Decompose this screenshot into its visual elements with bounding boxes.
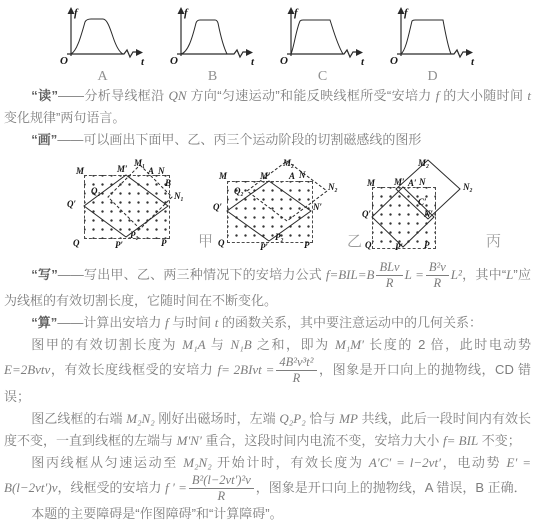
jia-text: 长度的 2 倍，此时电动势	[364, 337, 531, 352]
label-A-prime: A′	[408, 179, 417, 188]
yi-text: 图乙线框的右端	[31, 411, 126, 426]
bing-text: 图丙线框从匀速运动至	[31, 455, 183, 470]
diagram-bing-cell: M₂ N₂ M M′ A′ N C′ N′ Q′ Q P′ P 丙	[362, 159, 501, 259]
math-expr: N₁B	[231, 337, 252, 352]
paragraph-summary: 本题的主要障碍是“作图障碍”和“计算障碍”。	[4, 503, 531, 525]
paragraph-calc: “算”——计算出安培力 f 与时间 t 的函数关系，其中要注意运动中的几何关系：	[4, 312, 531, 334]
math-var: t	[527, 88, 531, 103]
t-axis-arrow-icon	[136, 49, 143, 56]
graph-b-svg: f t O	[167, 4, 259, 68]
origin-label: O	[170, 55, 178, 67]
diagram-jia-caption: 甲	[198, 230, 213, 251]
y-axis-label: f	[74, 7, 79, 19]
graph-option-a: f t O A	[54, 4, 152, 85]
fraction-numerator: 4B²v³t²	[276, 356, 316, 371]
label-A: A	[148, 167, 154, 176]
label-P-prime: P′	[395, 243, 403, 252]
t-axis	[287, 50, 357, 57]
read-text: ——分析导线框沿	[58, 88, 168, 103]
write-heading: “写”	[31, 267, 57, 282]
origin-label: O	[390, 55, 398, 67]
label-N2: N₂	[463, 183, 473, 192]
t-axis-arrow-icon	[246, 49, 253, 56]
label-M2: M₂	[418, 159, 429, 168]
read-text: 方向“匀速运动”和能反映线框所受“安培力	[187, 88, 436, 103]
label-N2: N₂	[328, 183, 338, 192]
x-axis-label: t	[141, 56, 145, 68]
label-P: P	[161, 239, 167, 248]
diagram-bing-caption: 丙	[486, 230, 501, 251]
yi-text: 重合，这段时间内电流不变，安培力大小	[202, 433, 443, 448]
label-M2: M₂	[283, 159, 294, 168]
label-N-prime: N′	[424, 210, 433, 219]
graphs-row: f t O A f t O B	[4, 0, 531, 85]
label-P-prime: P′	[115, 241, 123, 250]
f-t-curve	[401, 20, 451, 54]
label-N: N	[299, 171, 306, 180]
math-expr: E=2Bvtv	[4, 362, 50, 377]
jia-text: ，有效长度线框受的安培力	[50, 362, 217, 377]
diagram-bing: M₂ N₂ M M′ A′ N C′ N′ Q′ Q P′ P	[362, 159, 480, 259]
yi-text: 不变；	[478, 433, 521, 448]
f-t-curve	[71, 19, 123, 54]
t-axis-arrow-icon	[466, 49, 473, 56]
read-text: 变化规律”两句语言。	[4, 110, 125, 125]
t-axis-arrow-icon	[356, 49, 363, 56]
diagram-yi: M₂ M M′ A N N₂ N′ Q₂ Q′ Q P′ P₂ P	[213, 159, 341, 259]
jia-text: 之和，即为	[252, 337, 335, 352]
graph-d-caption: D	[384, 69, 482, 85]
calc-text: ——计算出安培力	[57, 315, 165, 330]
yi-text: 刚好出磁场时，左端	[155, 411, 280, 426]
label-M-prime: M′	[394, 178, 405, 187]
label-N-prime: N′	[313, 203, 322, 212]
math-expr: L =	[405, 267, 424, 282]
y-axis-label: f	[184, 7, 189, 19]
yi-text: 恰与	[306, 411, 339, 426]
label-M: M	[367, 179, 375, 188]
origin-label: O	[60, 55, 68, 67]
fraction-denominator: R	[189, 489, 254, 503]
label-P: P	[424, 241, 430, 250]
math-expr: f=BIL=B	[326, 267, 375, 282]
jia-text: 图甲的有效切割长度为	[31, 337, 182, 352]
label-Q-prime: Q′	[67, 200, 76, 209]
label-Q2: Q₂	[234, 187, 244, 196]
label-M-prime: M′	[260, 172, 271, 181]
fraction-numerator: BLv	[376, 261, 402, 276]
label-P: P	[304, 241, 310, 250]
t-axis	[67, 50, 137, 57]
label-Q-prime: Q′	[213, 203, 222, 212]
t-axis	[177, 50, 247, 57]
f-t-curve	[181, 20, 227, 54]
graph-option-c: f t O C	[274, 4, 372, 85]
label-C-prime: C′	[418, 198, 427, 207]
label-A: A	[289, 172, 295, 181]
paragraph-draw: “画”——可以画出下面甲、乙、丙三个运动阶段的切割磁感线的图形	[4, 129, 531, 151]
write-text: ，其中“	[462, 267, 506, 282]
label-N: N	[158, 167, 165, 176]
label-P2: P₂	[275, 233, 284, 242]
math-var: QN	[169, 88, 187, 103]
summary-text: 本题的主要障碍是“作图障碍”和“计算障碍”。	[31, 506, 282, 521]
paragraph-read: “读”——分析导线框沿 QN 方向“匀速运动”和能反映线框所受“安培力 f 的大…	[4, 85, 531, 129]
fraction-denominator: R	[376, 276, 402, 290]
document-page: f t O A f t O B	[0, 0, 536, 527]
write-text: ——写出甲、乙、两三种情况下的安培力公式	[58, 267, 326, 282]
label-N1: N₁	[174, 192, 184, 201]
label-M: M	[76, 167, 84, 176]
fraction: BLvR	[376, 261, 402, 290]
calc-heading: “算”	[31, 315, 57, 330]
wire-frame-shifted	[247, 161, 327, 221]
math-expr: M′N′	[177, 433, 202, 448]
bing-text: ，电动势	[441, 455, 507, 470]
y-axis-label: f	[404, 7, 409, 19]
diagram-jia: M M′ M₁ A N B N₁ Q₁ Q′ Q P′ P₁ P	[64, 159, 192, 259]
jia-text: 与	[206, 337, 231, 352]
label-Q: Q	[365, 241, 372, 250]
paragraph-fig-yi: 图乙线框的右端 M₂N₂ 刚好出磁场时，左端 Q₂P₂ 恰与 MP 共线，此后一…	[4, 408, 531, 452]
graph-c-svg: f t O	[277, 4, 369, 68]
graph-a-caption: A	[54, 69, 152, 85]
draw-text: ——可以画出下面甲、乙、丙三个运动阶段的切割磁感线的图形	[57, 132, 421, 147]
label-Q: Q	[218, 239, 225, 248]
paragraph-write: “写”——写出甲、乙、两三种情况下的安培力公式 f=BIL=BBLvRL =B²…	[4, 261, 531, 312]
math-expr: A′C′ = l−2vt′	[369, 455, 441, 470]
math-expr: f ′ =	[165, 480, 187, 495]
label-Q1: Q₁	[91, 187, 101, 196]
label-P-prime: P′	[260, 243, 268, 252]
diagrams-row: M M′ M₁ A N B N₁ Q₁ Q′ Q P′ P₁ P 甲	[4, 151, 531, 261]
label-P1: P₁	[130, 231, 139, 240]
fraction-numerator: B²v	[426, 261, 449, 276]
graph-d-svg: f t O	[387, 4, 479, 68]
label-N: N	[419, 178, 426, 187]
t-axis	[397, 50, 467, 57]
math-expr: M₂N₂	[183, 455, 212, 470]
wire-frame-initial	[84, 175, 168, 237]
paragraph-fig-jia: 图甲的有效切割长度为 M₁A 与 N₁B 之和，即为 M₁M′ 长度的 2 倍，…	[4, 334, 531, 407]
fraction-denominator: R	[426, 276, 449, 290]
math-expr: f= BIL	[443, 433, 478, 448]
math-expr: L²	[451, 267, 462, 282]
bing-text: 开始计时，有效长度为	[212, 455, 369, 470]
diagram-yi-caption: 乙	[347, 230, 362, 251]
fraction: B²vR	[426, 261, 449, 290]
origin-label: O	[280, 55, 288, 67]
math-expr: f= 2BIvt =	[217, 362, 274, 377]
y-axis-label: f	[294, 7, 299, 19]
graph-option-b: f t O B	[164, 4, 262, 85]
label-M-prime: M′	[117, 165, 128, 174]
label-Q-prime: Q′	[362, 210, 371, 219]
math-expr: Q₂P₂	[279, 411, 305, 426]
bing-text: ，线框受的安培力	[57, 480, 165, 495]
x-axis-label: t	[471, 56, 475, 68]
graph-c-caption: C	[274, 69, 372, 85]
fraction-numerator: B²(l−2vt′)²v	[189, 474, 254, 489]
draw-heading: “画”	[31, 132, 57, 147]
label-M1: M₁	[134, 159, 145, 168]
paragraph-fig-bing: 图丙线框从匀速运动至 M₂N₂ 开始计时，有效长度为 A′C′ = l−2vt′…	[4, 452, 531, 503]
fraction: 4B²v³t²R	[276, 356, 316, 385]
label-B: B	[165, 179, 171, 188]
diagram-bing-svg	[362, 159, 480, 259]
fraction-denominator: R	[276, 371, 316, 385]
label-Q: Q	[73, 239, 80, 248]
read-heading: “读”	[31, 88, 58, 103]
diagram-jia-cell: M M′ M₁ A N B N₁ Q₁ Q′ Q P′ P₁ P 甲	[64, 159, 213, 259]
graph-b-caption: B	[164, 69, 262, 85]
math-expr: M₂N₂	[126, 411, 155, 426]
calc-text: 与时间	[169, 315, 215, 330]
label-M: M	[219, 172, 227, 181]
graph-option-d: f t O D	[384, 4, 482, 85]
x-axis-label: t	[361, 56, 365, 68]
graph-a-svg: f t O	[57, 4, 149, 68]
x-axis-label: t	[251, 56, 255, 68]
read-text: 的大小随时间	[439, 88, 527, 103]
diagram-yi-cell: M₂ M M′ A N N₂ N′ Q₂ Q′ Q P′ P₂ P 乙	[213, 159, 362, 259]
fraction: B²(l−2vt′)²vR	[189, 474, 254, 503]
bing-text: ，图象是开口向上的抛物线，A 错误，B 正确．	[256, 480, 527, 495]
calc-text: 的函数关系，其中要注意运动中的几何关系：	[218, 315, 482, 330]
math-expr: M₁M′	[335, 337, 364, 352]
math-expr: M₁A	[182, 337, 205, 352]
math-expr: MP	[339, 411, 358, 426]
f-t-curve	[291, 20, 343, 54]
